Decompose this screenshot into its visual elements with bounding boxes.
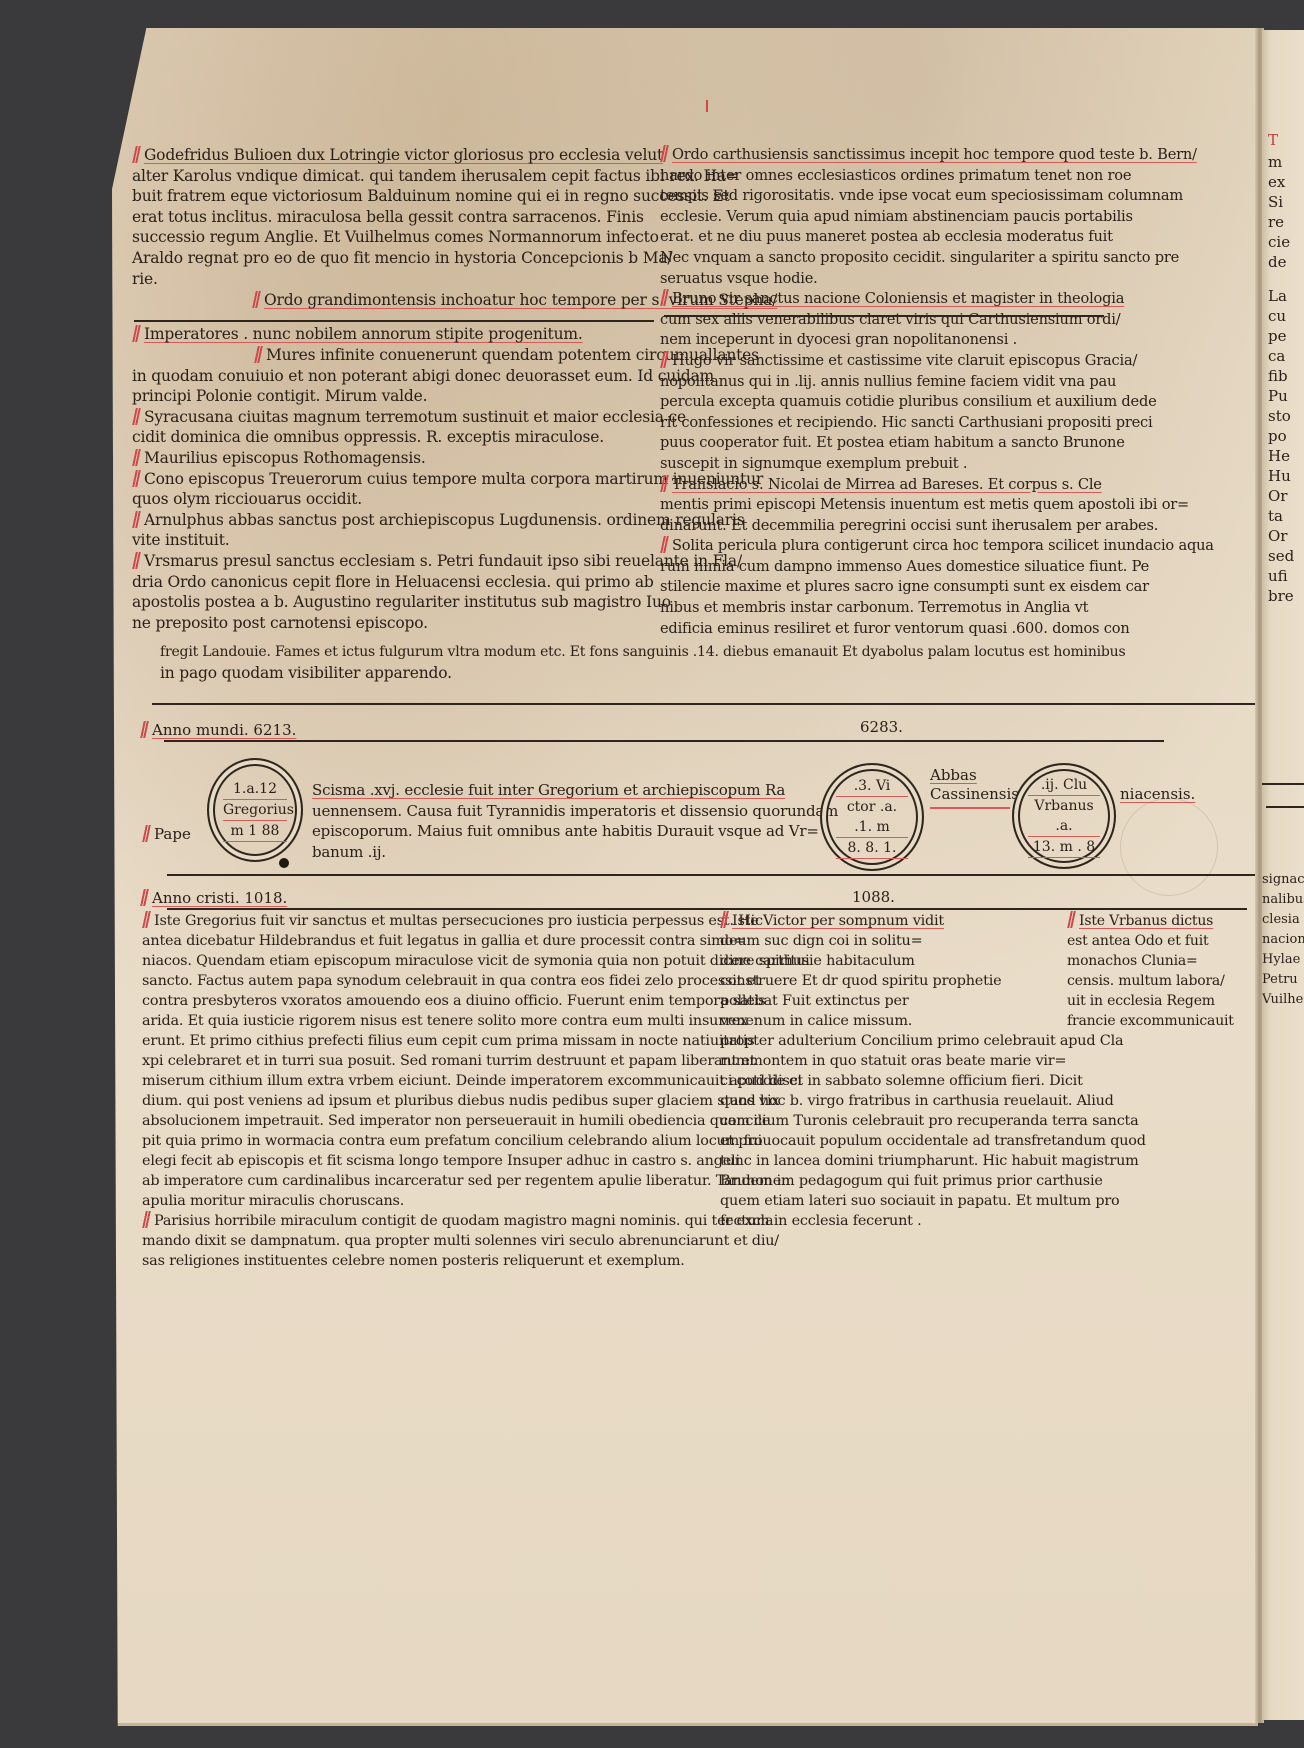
paragraph-mark-icon	[1065, 911, 1078, 928]
facing-fragment: clesia	[1262, 910, 1300, 931]
section-divider	[134, 320, 654, 322]
paragraph-mark-icon	[658, 475, 671, 492]
timeline-rule-3	[167, 874, 1257, 876]
entry-gregorius: Iste Gregorius fuit vir sanctus et multa…	[142, 911, 810, 1271]
facing-fragment: Pu	[1268, 386, 1288, 407]
paragraph-mark-icon	[252, 346, 265, 363]
facing-fragment: cie	[1268, 232, 1290, 253]
paragraph-mark-icon	[130, 146, 143, 163]
facing-fragment: Petru	[1262, 970, 1298, 991]
abbas-cassinensis-label: Abbas Cassinensis	[930, 766, 1019, 804]
timeline-rule-4	[167, 908, 1247, 910]
paragraph-mark-icon	[250, 291, 263, 308]
year-anno-mundi-mid: 6283.	[860, 718, 903, 736]
paragraph-mark-icon	[130, 552, 143, 569]
facing-fragment: nacion	[1262, 930, 1304, 951]
facing-fragment: pe	[1268, 326, 1286, 347]
facing-fragment: T	[1268, 130, 1278, 151]
facing-fragment: ta	[1268, 506, 1283, 527]
year-anno-cristi-mid: 1088.	[852, 888, 895, 906]
paragraph-mark-icon	[130, 408, 143, 425]
paragraph-mark-icon	[138, 889, 151, 906]
facing-fragment: Si	[1268, 192, 1283, 213]
scisma-text: Scisma .xvj. ecclesie fuit inter Gregori…	[312, 780, 838, 862]
paragraph-mark-icon	[130, 470, 143, 487]
facing-fragment: fib	[1268, 366, 1288, 387]
medallion-urbanus: .ij. Clu Vrbanus .a. 13. m . 8	[1012, 763, 1116, 869]
facing-fragment: po	[1268, 426, 1287, 447]
facing-fragment: Or	[1268, 526, 1287, 547]
medallion-victor: .3. Vi ctor .a. .1. m 8. 8. 1.	[820, 763, 924, 871]
anno-mundi-label: Anno mundi. 6213.	[140, 721, 296, 740]
facing-fragment: ex	[1268, 172, 1285, 193]
facing-fragment: signac	[1262, 870, 1304, 891]
medallion-gregorius: 1.a.12 Gregorius m 1 88	[207, 758, 303, 862]
paragraph-mark-icon	[718, 911, 731, 928]
facing-page-edge: T m ex Si re cie de La cu pe ca fib Pu s…	[1262, 30, 1304, 1720]
full-width-text: fregit Landouie. Fames et ictus fulgurum…	[160, 642, 1126, 683]
facing-fragment: ufi	[1268, 566, 1288, 587]
facing-rule	[1266, 806, 1304, 808]
facing-fragment: cu	[1268, 306, 1286, 327]
paragraph-mark-icon	[658, 289, 671, 306]
paragraph-mark-icon	[130, 449, 143, 466]
pape-label: Pape	[142, 825, 191, 844]
paragraph-mark-icon	[130, 325, 143, 342]
facing-fragment: ca	[1268, 346, 1285, 367]
timeline-rule-2	[164, 740, 1164, 742]
faint-medallion-outline	[1120, 798, 1218, 896]
right-column: Ordo carthusiensis sanctissimus incepit …	[660, 145, 1214, 639]
paragraph-mark-icon	[658, 536, 671, 553]
entry-godefridus: Godefridus Bulioen dux Lotringie victor …	[132, 145, 739, 289]
facing-fragment: re	[1268, 212, 1284, 233]
paragraph-mark-icon	[658, 351, 671, 368]
timeline-rule-top	[152, 703, 1262, 705]
anno-cristi-label: Anno cristi. 1018.	[140, 889, 287, 908]
facing-fragment: Hu	[1268, 466, 1291, 487]
facing-fragment: He	[1268, 446, 1290, 467]
lineage-dot	[279, 858, 289, 868]
paragraph-mark-icon	[130, 511, 143, 528]
facing-fragment: bre	[1268, 586, 1294, 607]
abbas-underline	[930, 807, 1010, 809]
paragraph-mark-icon	[140, 825, 153, 842]
paragraph-mark-icon	[140, 911, 153, 928]
facing-fragment: sto	[1268, 406, 1291, 427]
rubric-stroke	[706, 100, 708, 112]
column-divider	[664, 315, 1104, 317]
entry-urbanus: Iste Vrbanus dictus est antea Odo et fui…	[1067, 911, 1234, 1031]
facing-rule	[1262, 783, 1304, 785]
facing-fragment: La	[1268, 286, 1287, 307]
facing-fragment: Or	[1268, 486, 1287, 507]
facing-fragment: de	[1268, 252, 1286, 273]
facing-fragment: Vuilhe	[1262, 990, 1303, 1011]
paragraph-mark-icon	[140, 1211, 153, 1228]
facing-fragment: Hylae	[1262, 950, 1300, 971]
paragraph-mark-icon	[658, 145, 671, 162]
manuscript-page: Godefridus Bulioen dux Lotringie victor …	[112, 28, 1258, 1726]
facing-fragment: sed	[1268, 546, 1294, 567]
entry-imperatores: Imperatores . nunc nobilem annorum stipi…	[132, 324, 583, 345]
facing-fragment: m	[1268, 152, 1282, 173]
facing-fragment: nalibus	[1262, 890, 1304, 911]
paragraph-mark-icon	[138, 721, 151, 738]
